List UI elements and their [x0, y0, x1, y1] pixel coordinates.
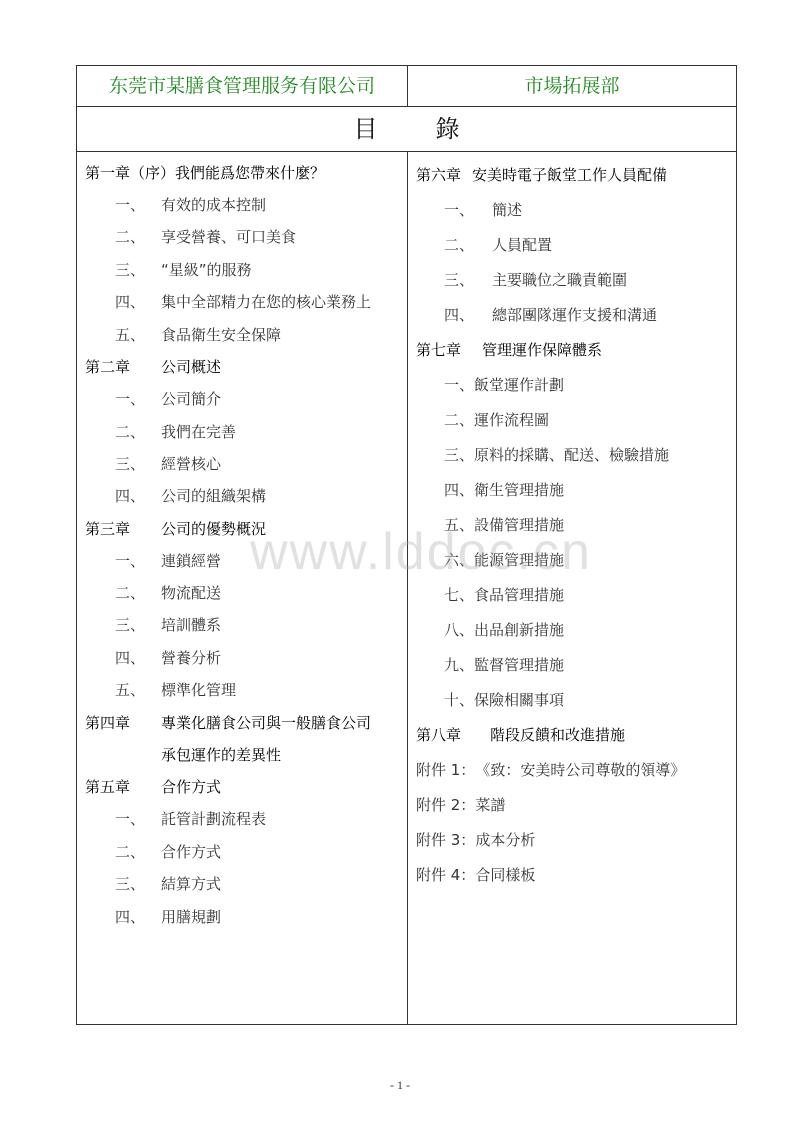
section-number: 一、: [115, 551, 161, 571]
chapter-label: 第五章: [85, 777, 161, 797]
section-number: 一、: [115, 809, 161, 829]
chapter-label: 第三章: [85, 519, 161, 539]
appendix-title: 合同樣板: [475, 866, 535, 884]
toc-section: 四、集中全部精力在您的核心業務上: [115, 292, 371, 312]
toc-section: 二、享受營養、可口美食: [115, 227, 296, 247]
section-title: 設備管理措施: [474, 516, 564, 534]
toc-section: 三、結算方式: [115, 874, 221, 894]
toc-section: 二、我們在完善: [115, 422, 236, 442]
toc-appendix: 附件 3：成本分析: [416, 830, 535, 850]
toc-section: 七、食品管理措施: [444, 585, 564, 605]
section-title: 總部團隊運作支援和溝通: [492, 306, 657, 324]
toc-chapter: 第二章公司概述: [85, 357, 221, 377]
toc-chapter: 第一章（序）我們能爲您帶來什麼？: [85, 163, 325, 183]
chapter-label: 第七章: [416, 340, 482, 360]
chapter-title: 合作方式: [161, 778, 221, 796]
section-number: 四、: [115, 648, 161, 668]
chapter-title: 安美時電子飯堂工作人員配備: [472, 166, 667, 184]
toc-title: 目錄: [77, 107, 737, 152]
section-number: 六、: [444, 550, 474, 570]
section-title: 物流配送: [161, 584, 221, 602]
section-number: 二、: [115, 583, 161, 603]
toc-section: 四、用膳規劃: [115, 907, 221, 927]
section-title: 原料的採購、配送、檢驗措施: [474, 446, 669, 464]
toc-section: 三、原料的採購、配送、檢驗措施: [444, 445, 669, 465]
toc-appendix: 附件 1：《致：安美時公司尊敬的領導》: [416, 760, 685, 780]
section-title: 公司的組織架構: [161, 487, 266, 505]
toc-chapter: 第七章管理運作保障體系: [416, 340, 602, 360]
section-number: 四、: [115, 486, 161, 506]
toc-section: 四、總部團隊運作支援和溝通: [444, 305, 657, 325]
section-number: 二、: [444, 410, 474, 430]
section-title: 培訓體系: [161, 616, 221, 634]
toc-section: 四、衛生管理措施: [444, 480, 564, 500]
chapter-title: 專業化膳食公司與一般膳食公司: [161, 714, 371, 732]
toc-section: 六、能源管理措施: [444, 550, 564, 570]
chapter-title: 公司的優勢概況: [161, 520, 266, 538]
appendix-title: 《致：安美時公司尊敬的領導》: [475, 761, 685, 779]
section-number: 十、: [444, 690, 474, 710]
section-number: 二、: [115, 422, 161, 442]
section-number: 三、: [115, 874, 161, 894]
toc-section: 二、運作流程圖: [444, 410, 549, 430]
toc-section: 一、託管計劃流程表: [115, 809, 266, 829]
toc-left-column: 第一章（序）我們能爲您帶來什麼？一、有效的成本控制二、享受營養、可口美食三、“星…: [77, 152, 408, 1025]
section-number: 七、: [444, 585, 474, 605]
section-title: 標準化管理: [161, 681, 236, 699]
toc-section: 二、人員配置: [444, 235, 552, 255]
toc-appendix: 附件 4：合同樣板: [416, 865, 535, 885]
section-number: 一、: [115, 195, 161, 215]
section-number: 一、: [444, 375, 474, 395]
section-number: 五、: [444, 515, 474, 535]
section-title: 食品衛生安全保障: [161, 326, 281, 344]
section-title: 連鎖經營: [161, 552, 221, 570]
page-number: - 1 -: [0, 1078, 800, 1093]
section-number: 四、: [444, 480, 474, 500]
section-title: 出品創新措施: [474, 621, 564, 639]
section-title: 公司簡介: [161, 390, 221, 408]
section-title: 有效的成本控制: [161, 196, 266, 214]
toc-chapter: 第四章專業化膳食公司與一般膳食公司: [85, 713, 371, 733]
toc-section: 五、標準化管理: [115, 680, 236, 700]
toc-chapter: 第五章合作方式: [85, 777, 221, 797]
chapter-title: 公司概述: [161, 358, 221, 376]
chapter-title: 承包運作的差異性: [161, 746, 281, 764]
section-number: 一、: [115, 389, 161, 409]
chapter-title: 管理運作保障體系: [482, 341, 602, 359]
chapter-label: 第四章: [85, 713, 161, 733]
chapter-label: 第二章: [85, 357, 161, 377]
section-number: 三、: [444, 270, 492, 290]
section-title: 用膳規劃: [161, 908, 221, 926]
toc-table: 东莞市某膳食管理服务有限公司 市場拓展部 目錄 第一章（序）我們能爲您帶來什麼？…: [76, 65, 737, 1025]
section-number: 四、: [444, 305, 492, 325]
appendix-label: 附件 1：: [416, 760, 475, 780]
section-title: 經營核心: [161, 455, 221, 473]
toc-appendix: 附件 2：菜譜: [416, 795, 505, 815]
toc-section: 三、培訓體系: [115, 615, 221, 635]
toc-section: 一、有效的成本控制: [115, 195, 266, 215]
toc-section: 一、連鎖經營: [115, 551, 221, 571]
toc-section: 八、出品創新措施: [444, 620, 564, 640]
toc-chapter: 第八章階段反饋和改進措施: [416, 725, 625, 745]
section-number: 一、: [444, 200, 492, 220]
section-title: 飯堂運作計劃: [474, 376, 564, 394]
toc-section: 三、經營核心: [115, 454, 221, 474]
section-number: 二、: [115, 842, 161, 862]
section-number: 四、: [115, 292, 161, 312]
toc-section: 三、主要職位之職責範圍: [444, 270, 627, 290]
chapter-label: 第一章（序）我們能爲您帶來什麼？: [85, 163, 325, 183]
section-number: 五、: [115, 325, 161, 345]
chapter-title: 階段反饋和改進措施: [490, 726, 625, 744]
section-number: 二、: [115, 227, 161, 247]
section-title: 食品管理措施: [474, 586, 564, 604]
chapter-label: 第八章: [416, 725, 490, 745]
appendix-label: 附件 3：: [416, 830, 475, 850]
toc-section: 三、“星級”的服務: [115, 260, 252, 280]
toc-title-left: 目: [354, 115, 378, 143]
company-name: 东莞市某膳食管理服务有限公司: [77, 66, 408, 107]
toc-right-column: 第六章安美時電子飯堂工作人員配備一、簡述二、人員配置三、主要職位之職責範圍四、總…: [408, 152, 737, 1025]
appendix-label: 附件 4：: [416, 865, 475, 885]
toc-section: 五、設備管理措施: [444, 515, 564, 535]
section-title: 結算方式: [161, 875, 221, 893]
toc-section: 二、物流配送: [115, 583, 221, 603]
chapter-label: 第六章: [416, 165, 472, 185]
toc-section: 四、公司的組織架構: [115, 486, 266, 506]
document-page: 东莞市某膳食管理服务有限公司 市場拓展部 目錄 第一章（序）我們能爲您帶來什麼？…: [0, 0, 800, 1132]
section-number: 三、: [444, 445, 474, 465]
toc-title-right: 錄: [436, 115, 460, 143]
section-number: 三、: [115, 260, 161, 280]
toc-section: 一、飯堂運作計劃: [444, 375, 564, 395]
appendix-title: 菜譜: [475, 796, 505, 814]
toc-section: 十、保險相關事項: [444, 690, 564, 710]
toc-chapter: 第六章安美時電子飯堂工作人員配備: [416, 165, 667, 185]
section-number: 三、: [115, 454, 161, 474]
section-title: 託管計劃流程表: [161, 810, 266, 828]
toc-chapter: 第三章公司的優勢概況: [85, 519, 266, 539]
section-number: 三、: [115, 615, 161, 635]
section-number: 八、: [444, 620, 474, 640]
department-name: 市場拓展部: [408, 66, 737, 107]
toc-section: 一、簡述: [444, 200, 522, 220]
section-title: 運作流程圖: [474, 411, 549, 429]
appendix-title: 成本分析: [475, 831, 535, 849]
section-title: 能源管理措施: [474, 551, 564, 569]
section-title: 簡述: [492, 201, 522, 219]
section-title: “星級”的服務: [161, 261, 252, 279]
section-title: 集中全部精力在您的核心業務上: [161, 293, 371, 311]
section-title: 衛生管理措施: [474, 481, 564, 499]
section-title: 享受營養、可口美食: [161, 228, 296, 246]
section-title: 監督管理措施: [474, 656, 564, 674]
section-title: 我們在完善: [161, 423, 236, 441]
toc-chapter: 承包運作的差異性: [161, 745, 281, 765]
toc-section: 四、營養分析: [115, 648, 221, 668]
section-number: 五、: [115, 680, 161, 700]
section-number: 二、: [444, 235, 492, 255]
section-title: 人員配置: [492, 236, 552, 254]
section-title: 保險相關事項: [474, 691, 564, 709]
section-number: 九、: [444, 655, 474, 675]
toc-section: 五、食品衛生安全保障: [115, 325, 281, 345]
section-title: 營養分析: [161, 649, 221, 667]
toc-section: 一、公司簡介: [115, 389, 221, 409]
section-title: 合作方式: [161, 843, 221, 861]
toc-section: 九、監督管理措施: [444, 655, 564, 675]
toc-section: 二、合作方式: [115, 842, 221, 862]
appendix-label: 附件 2：: [416, 795, 475, 815]
section-title: 主要職位之職責範圍: [492, 271, 627, 289]
section-number: 四、: [115, 907, 161, 927]
